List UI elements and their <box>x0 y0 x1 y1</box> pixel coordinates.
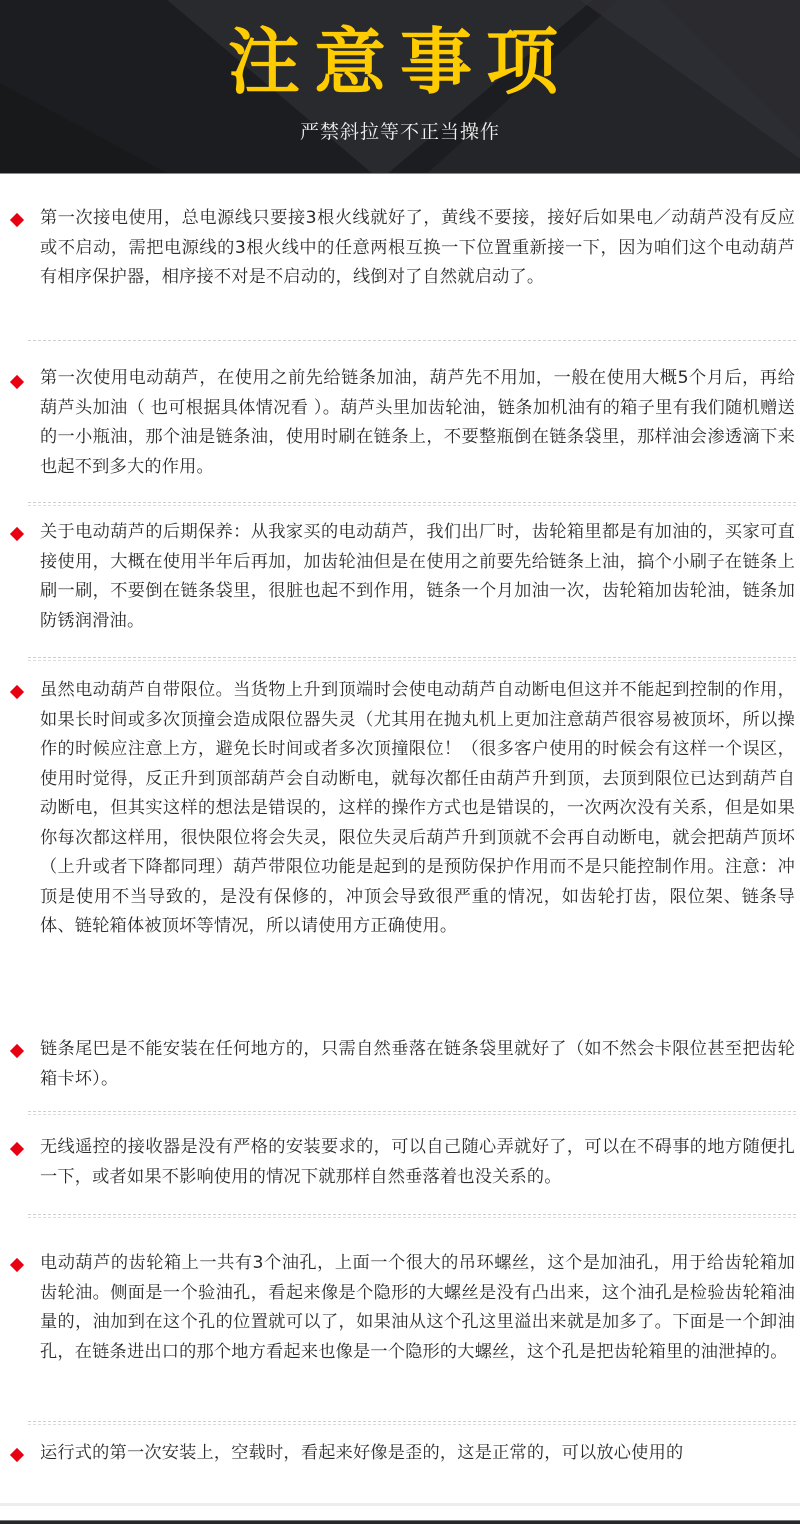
red-diamond-icon <box>10 527 24 541</box>
note-item: 运行式的第一次安装上，空载时，看起来好像是歪的，这是正常的，可以放心使用的 <box>10 1439 795 1469</box>
header-banner: 注意事项 严禁斜拉等不正当操作 <box>0 0 800 173</box>
red-diamond-icon <box>10 375 24 389</box>
page-subtitle: 严禁斜拉等不正当操作 <box>0 120 800 144</box>
dashed-divider <box>28 1111 796 1112</box>
dashed-divider <box>28 340 796 341</box>
red-diamond-icon <box>10 685 24 699</box>
note-item: 第一次使用电动葫芦，在使用之前先给链条加油，葫芦先不用加，一般在使用大概5个月后… <box>10 364 795 482</box>
note-text: 第一次使用电动葫芦，在使用之前先给链条加油，葫芦先不用加，一般在使用大概5个月后… <box>40 364 795 482</box>
dashed-divider <box>28 657 796 658</box>
header-divider <box>0 173 800 174</box>
note-text: 无线遥控的接收器是没有严格的安装要求的，可以自己随心弄就好了，可以在不碍事的地方… <box>40 1133 795 1192</box>
red-diamond-icon <box>10 1258 24 1272</box>
note-item: 链条尾巴是不能安装在任何地方的，只需自然垂落在链条袋里就好了（如不然会卡限位甚至… <box>10 1035 795 1094</box>
bottom-divider <box>0 1503 800 1506</box>
note-item: 第一次接电使用，总电源线只要接3根火线就好了，黄线不要接，接好后如果电／动葫芦没… <box>10 204 795 293</box>
dashed-divider <box>28 1421 796 1422</box>
note-item: 虽然电动葫芦自带限位。当货物上升到顶端时会使电动葫芦自动断电但这并不能起到控制的… <box>10 676 795 942</box>
dashed-divider <box>28 1214 796 1215</box>
note-item: 关于电动葫芦的后期保养：从我家买的电动葫芦，我们出厂时，齿轮箱里都是有加油的，买… <box>10 518 795 636</box>
note-text: 运行式的第一次安装上，空载时，看起来好像是歪的，这是正常的，可以放心使用的 <box>40 1439 795 1469</box>
red-diamond-icon <box>10 1142 24 1156</box>
red-diamond-icon <box>10 213 24 227</box>
red-diamond-icon <box>10 1448 24 1462</box>
footer-bar <box>0 1520 800 1524</box>
note-text: 虽然电动葫芦自带限位。当货物上升到顶端时会使电动葫芦自动断电但这并不能起到控制的… <box>40 676 795 942</box>
dashed-divider <box>28 502 796 503</box>
note-text: 关于电动葫芦的后期保养：从我家买的电动葫芦，我们出厂时，齿轮箱里都是有加油的，买… <box>40 518 795 636</box>
note-text: 第一次接电使用，总电源线只要接3根火线就好了，黄线不要接，接好后如果电／动葫芦没… <box>40 204 795 293</box>
note-text: 电动葫芦的齿轮箱上一共有3个油孔，上面一个很大的吊环螺丝，这个是加油孔，用于给齿… <box>40 1249 795 1367</box>
red-diamond-icon <box>10 1044 24 1058</box>
note-item: 无线遥控的接收器是没有严格的安装要求的，可以自己随心弄就好了，可以在不碍事的地方… <box>10 1133 795 1192</box>
note-item: 电动葫芦的齿轮箱上一共有3个油孔，上面一个很大的吊环螺丝，这个是加油孔，用于给齿… <box>10 1249 795 1367</box>
note-text: 链条尾巴是不能安装在任何地方的，只需自然垂落在链条袋里就好了（如不然会卡限位甚至… <box>40 1035 795 1094</box>
page-title: 注意事项 <box>0 22 800 102</box>
